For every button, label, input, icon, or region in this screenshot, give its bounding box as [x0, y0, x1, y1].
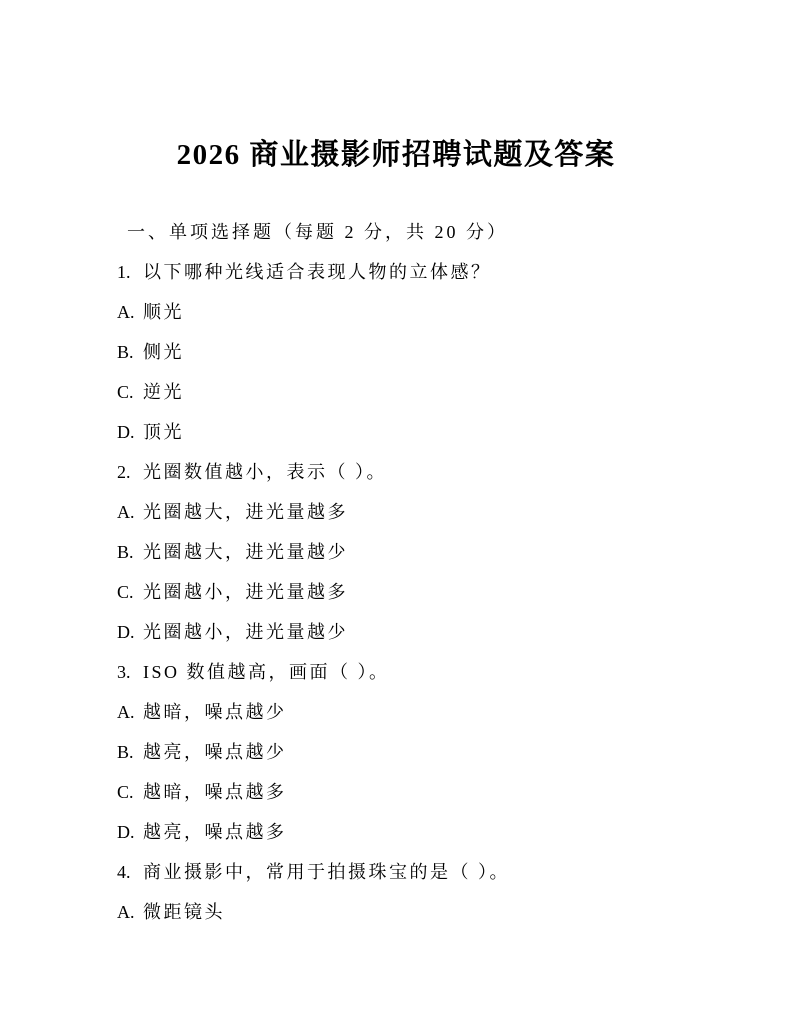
question-number: 3.: [117, 652, 143, 692]
option-text: 顺光: [143, 302, 184, 322]
question-3-option-c: C.越暗，噪点越多: [117, 772, 742, 812]
question-number: 4.: [117, 852, 143, 892]
question-1-option-d: D.顶光: [117, 412, 742, 452]
question-number: 2.: [117, 452, 143, 492]
option-label: D.: [117, 812, 143, 852]
question-4-option-a: A.微距镜头: [117, 892, 742, 932]
question-2-option-b: B.光圈越大，进光量越少: [117, 532, 742, 572]
option-text: 顶光: [143, 422, 184, 442]
question-3-option-b: B.越亮，噪点越少: [117, 732, 742, 772]
option-text: 光圈越大，进光量越多: [143, 502, 348, 522]
question-1-option-b: B.侧光: [117, 332, 742, 372]
option-label: B.: [117, 732, 143, 772]
question-2: 2.光圈数值越小，表示（ ）。: [117, 452, 742, 492]
option-text: 越暗，噪点越少: [143, 702, 287, 722]
question-text: ISO 数值越高，画面（ ）。: [143, 662, 390, 682]
question-4: 4.商业摄影中，常用于拍摄珠宝的是（ ）。: [117, 852, 742, 892]
question-1: 1.以下哪种光线适合表现人物的立体感？: [117, 252, 742, 292]
option-text: 光圈越小，进光量越多: [143, 582, 348, 602]
option-text: 逆光: [143, 382, 184, 402]
question-text: 光圈数值越小，表示（ ）。: [143, 462, 387, 482]
question-1-option-a: A.顺光: [117, 292, 742, 332]
option-text: 越亮，噪点越多: [143, 822, 287, 842]
option-label: D.: [117, 612, 143, 652]
option-text: 越暗，噪点越多: [143, 782, 287, 802]
option-label: A.: [117, 692, 143, 732]
option-text: 微距镜头: [143, 902, 225, 922]
option-label: A.: [117, 892, 143, 932]
question-2-option-c: C.光圈越小，进光量越多: [117, 572, 742, 612]
question-2-option-a: A.光圈越大，进光量越多: [117, 492, 742, 532]
option-text: 光圈越大，进光量越少: [143, 542, 348, 562]
option-text: 越亮，噪点越少: [143, 742, 287, 762]
question-2-option-d: D.光圈越小，进光量越少: [117, 612, 742, 652]
option-label: D.: [117, 412, 143, 452]
question-3-option-d: D.越亮，噪点越多: [117, 812, 742, 852]
option-label: B.: [117, 532, 143, 572]
document-title: 2026 商业摄影师招聘试题及答案: [0, 132, 792, 173]
option-label: C.: [117, 572, 143, 612]
option-label: A.: [117, 292, 143, 332]
document-page: 2026 商业摄影师招聘试题及答案 一、单项选择题（每题 2 分，共 20 分）…: [0, 0, 792, 1025]
question-3: 3.ISO 数值越高，画面（ ）。: [117, 652, 742, 692]
section-heading: 一、单项选择题（每题 2 分，共 20 分）: [117, 212, 742, 252]
question-3-option-a: A.越暗，噪点越少: [117, 692, 742, 732]
option-label: C.: [117, 372, 143, 412]
option-label: B.: [117, 332, 143, 372]
option-text: 侧光: [143, 342, 184, 362]
question-1-option-c: C.逆光: [117, 372, 742, 412]
option-text: 光圈越小，进光量越少: [143, 622, 348, 642]
document-body: 一、单项选择题（每题 2 分，共 20 分） 1.以下哪种光线适合表现人物的立体…: [117, 212, 742, 932]
question-text: 以下哪种光线适合表现人物的立体感？: [143, 262, 492, 282]
question-number: 1.: [117, 252, 143, 292]
question-text: 商业摄影中，常用于拍摄珠宝的是（ ）。: [143, 862, 510, 882]
option-label: A.: [117, 492, 143, 532]
option-label: C.: [117, 772, 143, 812]
